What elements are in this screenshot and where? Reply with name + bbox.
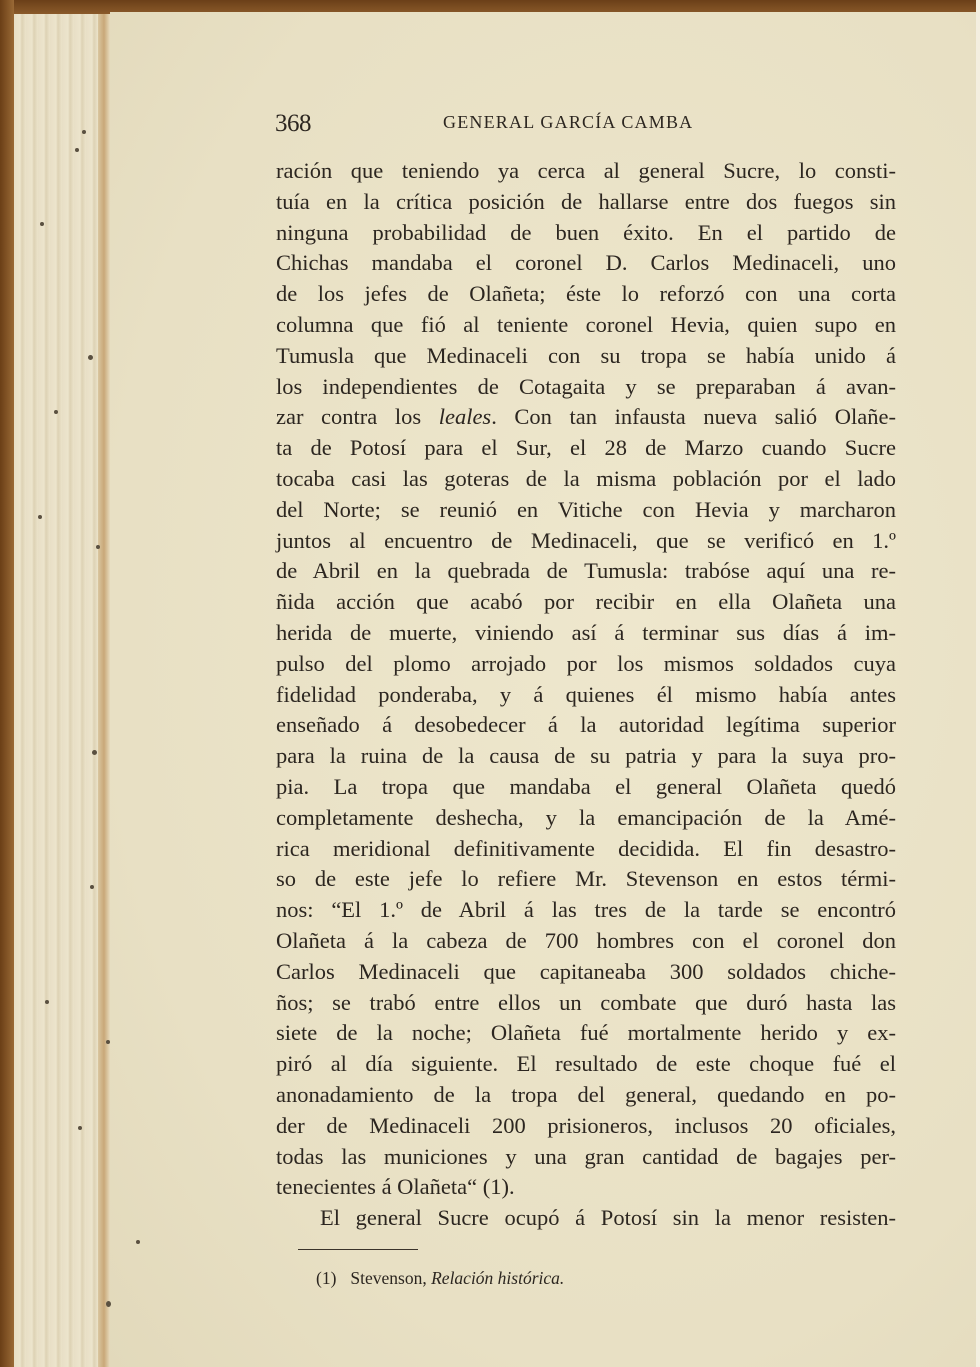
text-line: enseñado á desobedecer á la autoridad le… — [276, 710, 896, 741]
text-line: der de Medinaceli 200 prisioneros, inclu… — [276, 1111, 896, 1142]
text-line: Tumusla que Medinaceli con su tropa se h… — [276, 341, 896, 372]
text-line: los independientes de Cotagaita y se pre… — [276, 372, 896, 403]
text-line: herida de muerte, viniendo así á termina… — [276, 618, 896, 649]
text-line: anonadamiento de la tropa del general, q… — [276, 1080, 896, 1111]
text-line: piró al día siguiente. El resultado de e… — [276, 1049, 896, 1080]
speck — [88, 355, 93, 360]
text-line: de los jefes de Olañeta; éste lo reforzó… — [276, 279, 896, 310]
footnote-number: (1) — [316, 1268, 336, 1288]
text-line: pia. La tropa que mandaba el general Ola… — [276, 772, 896, 803]
text-line-paragraph-end: tenecientes á Olañeta“ (1). — [276, 1172, 896, 1203]
text-line: tuía en la crítica posición de hallarse … — [276, 187, 896, 218]
text-line: Olañeta á la cabeza de 700 hombres con e… — [276, 926, 896, 957]
text-line: ños; se trabó entre ellos un combate que… — [276, 988, 896, 1019]
text-line: nos: “El 1.º de Abril á las tres de la t… — [276, 895, 896, 926]
speck — [106, 1301, 111, 1307]
speck — [92, 750, 97, 755]
text-line: siete de la noche; Olañeta fué mortalmen… — [276, 1018, 896, 1049]
text-line: pulso del plomo arrojado por los mismos … — [276, 649, 896, 680]
text-line: ración que teniendo ya cerca al general … — [276, 156, 896, 187]
page-number: 368 — [275, 110, 311, 138]
text-line-paragraph-start: El general Sucre ocupó á Potosí sin la m… — [276, 1203, 896, 1234]
page-header: 368 GENERAL GARCÍA CAMBA — [275, 108, 895, 138]
text-run: . Con tan infausta nueva salió Olañe- — [491, 404, 896, 429]
speck — [38, 515, 42, 519]
text-line: de Abril en la quebrada de Tumusla: trab… — [276, 556, 896, 587]
speck — [75, 148, 79, 152]
footnote-divider — [298, 1249, 418, 1250]
footnote-title: Relación histórica. — [431, 1268, 564, 1288]
text-line: tocaba casi las goteras de la misma pobl… — [276, 464, 896, 495]
speck — [136, 1240, 140, 1244]
body-text: ración que teniendo ya cerca al general … — [276, 156, 896, 1234]
scan-border-left — [0, 0, 14, 1367]
running-title: GENERAL GARCÍA CAMBA — [443, 112, 693, 133]
speck — [106, 1040, 110, 1044]
text-line: zar contra los leales. Con tan infausta … — [276, 402, 896, 433]
page-right-edge — [976, 0, 980, 1367]
footnote: (1)Stevenson, Relación histórica. — [316, 1268, 564, 1289]
speck — [82, 130, 86, 134]
text-line: rica meridional definitivamente decidida… — [276, 834, 896, 865]
speck — [40, 222, 44, 226]
text-line: columna que fió al teniente coronel Hevi… — [276, 310, 896, 341]
text-line: fidelidad ponderaba, y á quienes él mism… — [276, 680, 896, 711]
speck — [45, 1000, 49, 1004]
speck — [96, 545, 100, 549]
italic-term: leales — [439, 404, 491, 429]
speck — [54, 410, 58, 414]
text-line: completamente deshecha, y la emancipació… — [276, 803, 896, 834]
text-line: para la ruina de la causa de su patria y… — [276, 741, 896, 772]
footnote-author: Stevenson, — [350, 1268, 431, 1288]
text-line: Carlos Medinaceli que capitaneaba 300 so… — [276, 957, 896, 988]
text-line: del Norte; se reunió en Vitiche con Hevi… — [276, 495, 896, 526]
text-line: ñida acción que acabó por recibir en ell… — [276, 587, 896, 618]
text-line: ta de Potosí para el Sur, el 28 de Marzo… — [276, 433, 896, 464]
speck — [90, 885, 94, 889]
text-line: so de este jefe lo refiere Mr. Stevenson… — [276, 864, 896, 895]
speck — [78, 1126, 82, 1130]
text-run: zar contra los — [276, 404, 439, 429]
text-line: todas las municiones y una gran cantidad… — [276, 1142, 896, 1173]
text-line: Chichas mandaba el coronel D. Carlos Med… — [276, 248, 896, 279]
text-line: ninguna probabilidad de buen éxito. En e… — [276, 218, 896, 249]
book-gutter — [98, 14, 110, 1367]
text-line: juntos al encuentro de Medinaceli, que s… — [276, 526, 896, 557]
stacked-page-edges — [14, 14, 106, 1367]
